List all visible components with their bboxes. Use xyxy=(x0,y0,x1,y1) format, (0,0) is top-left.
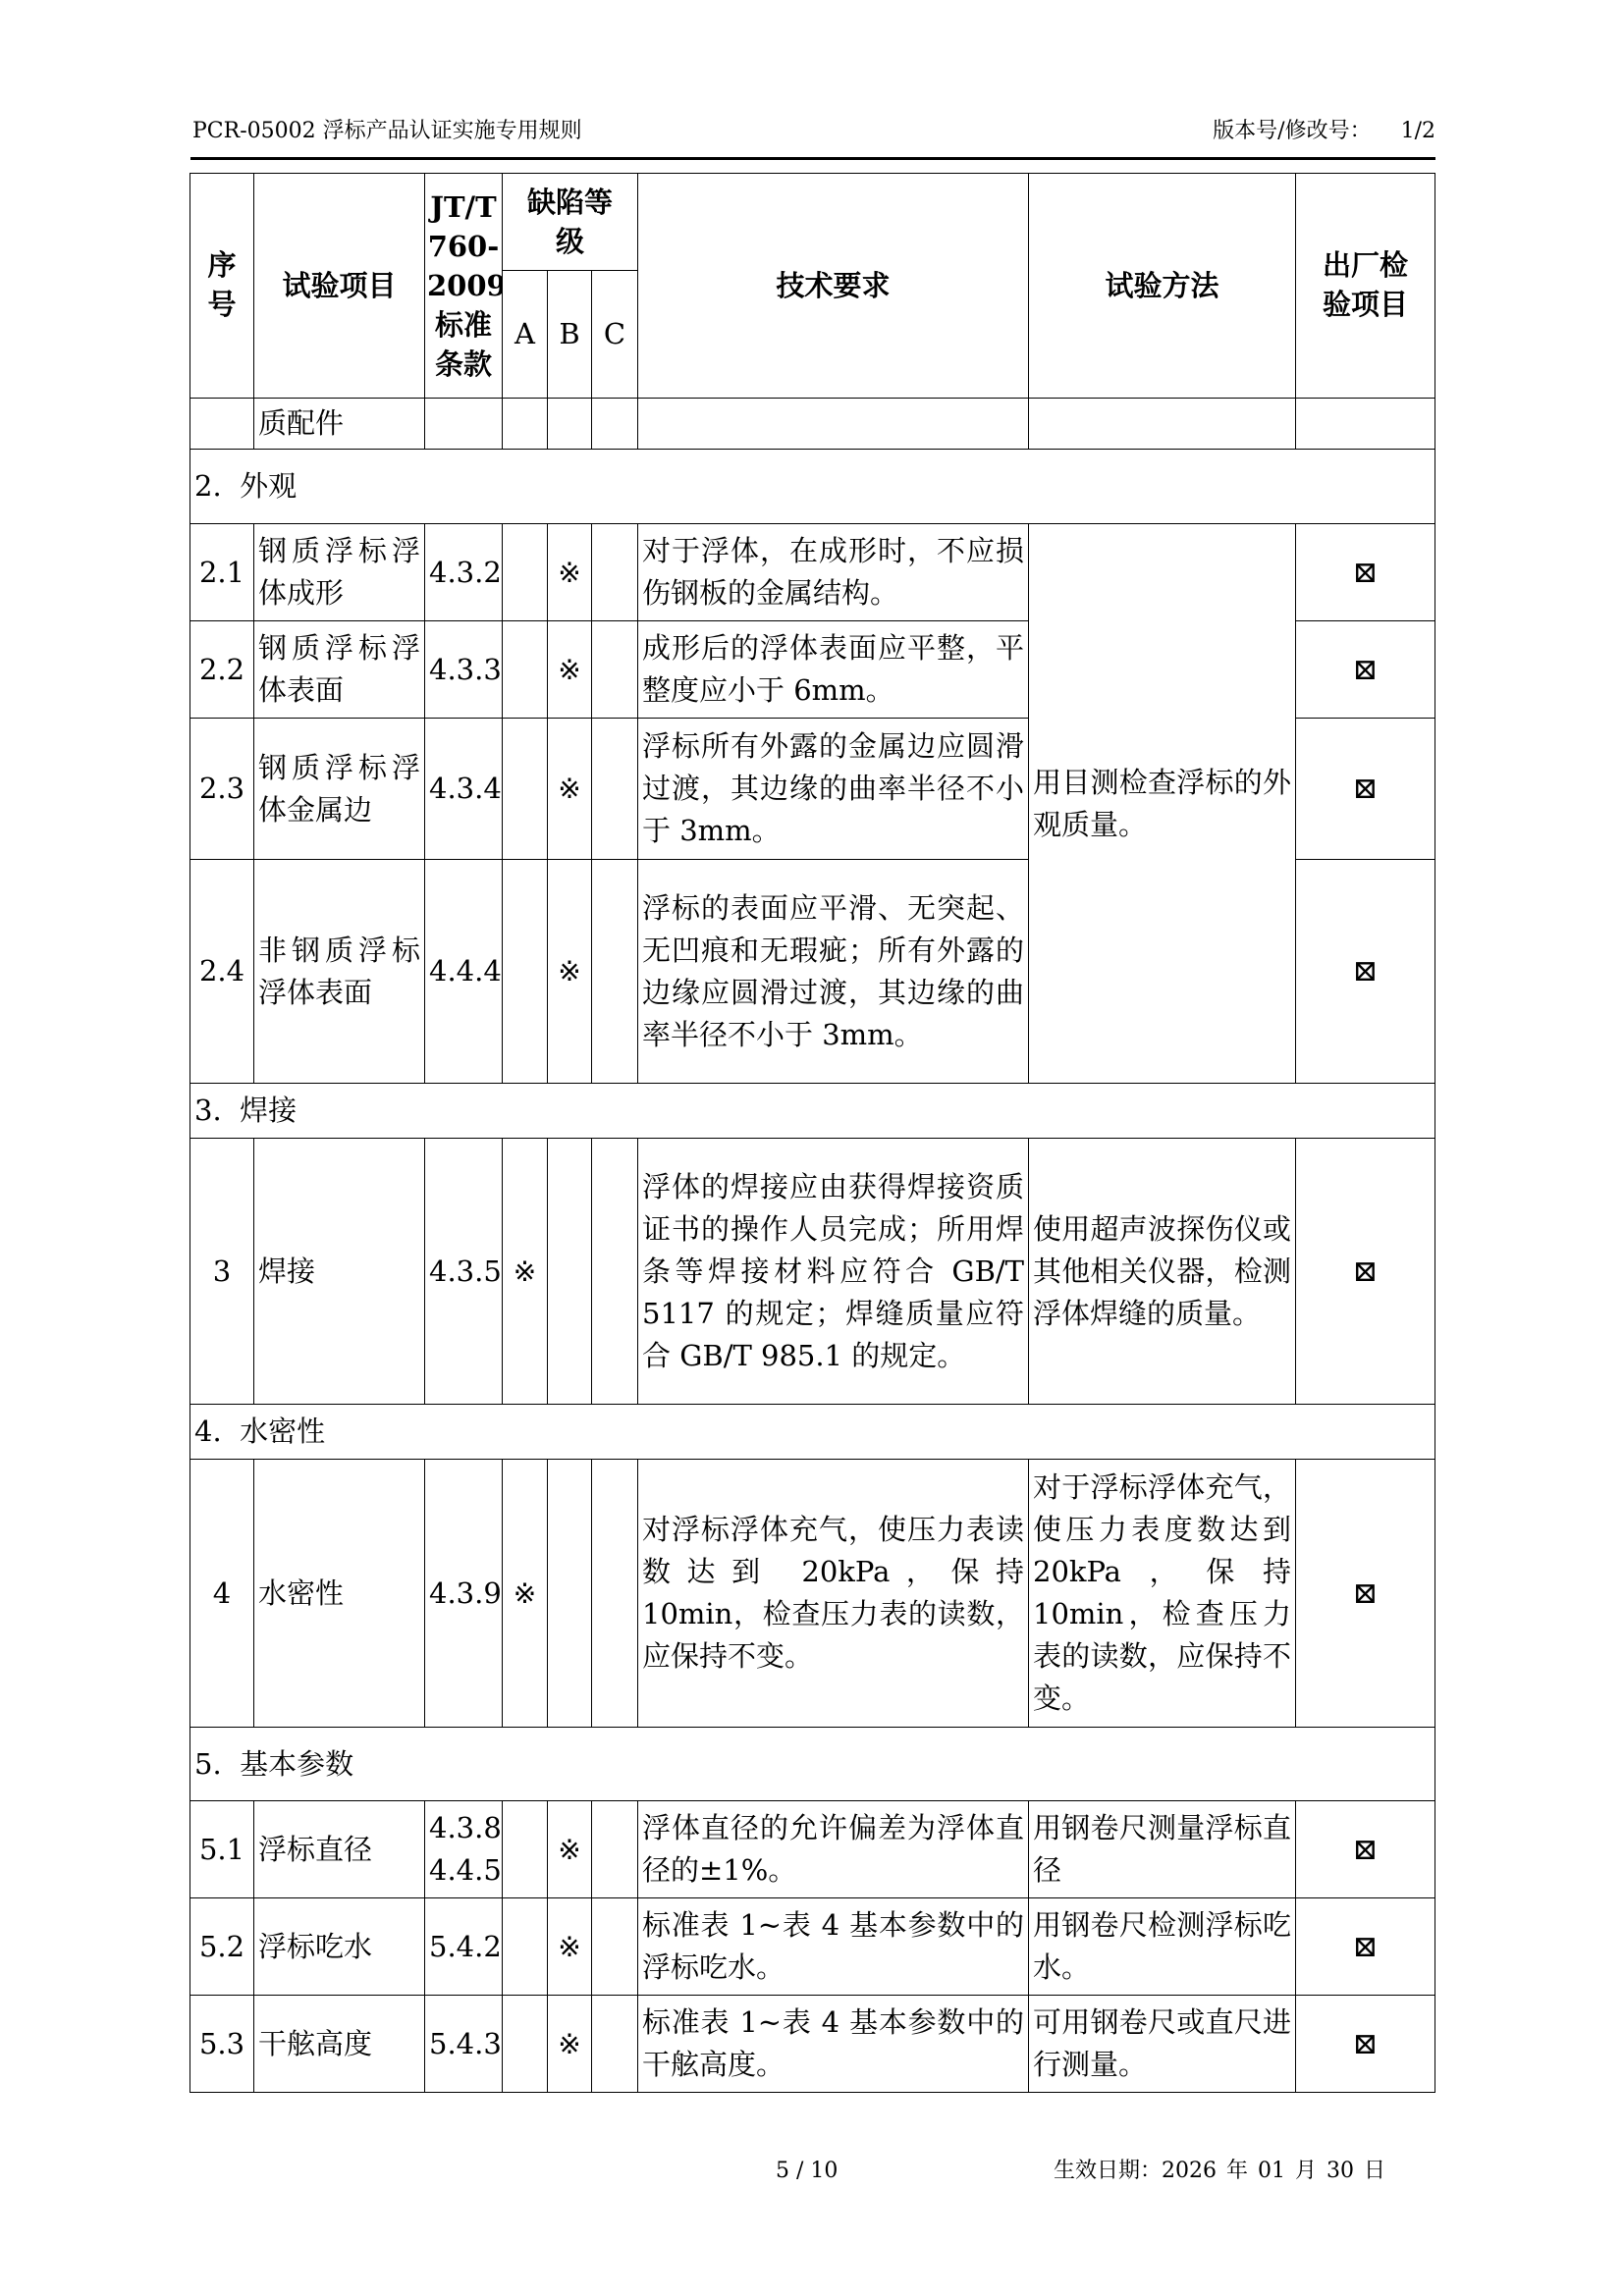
clause-cell: 4.4.4 xyxy=(425,860,503,1084)
defect-mark: ※ xyxy=(548,860,592,1084)
version-label: 版本号/修改号： xyxy=(1213,119,1371,143)
seq-cell: 2.4 xyxy=(190,860,254,1084)
document-title: PCR-05002 浮标产品认证实施专用规则 xyxy=(192,116,582,147)
item-cell: 钢质浮标浮体成形 xyxy=(254,524,425,621)
item-cell: 质配件 xyxy=(254,399,425,450)
col-header-factory-check: 出厂检验项目 xyxy=(1296,174,1435,399)
method-cell: 对于浮标浮体充气，使压力表度数达到 20kPa，保持 10min，检查压力表的读… xyxy=(1029,1460,1296,1728)
table-row: 4 水密性 4.3.9 ※ 对浮标浮体充气，使压力表读数达到 20kPa，保持 … xyxy=(190,1460,1435,1728)
section-title: 5. 基本参数 xyxy=(190,1728,1435,1801)
defect-mark: ※ xyxy=(548,719,592,860)
section-title: 4. 水密性 xyxy=(190,1405,1435,1460)
seq-cell: 3 xyxy=(190,1139,254,1405)
item-cell: 非钢质浮标浮体表面 xyxy=(254,860,425,1084)
method-cell: 用目测检查浮标的外观质量。 xyxy=(1029,524,1296,1084)
method-cell: 用钢卷尺检测浮标吃水。 xyxy=(1029,1898,1296,1996)
item-cell: 钢质浮标浮体表面 xyxy=(254,621,425,719)
section-row-appearance: 2. 外观 xyxy=(190,450,1435,524)
requirement-cell: 浮标的表面应平滑、无突起、无凹痕和无瑕疵；所有外露的边缘应圆滑过渡，其边缘的曲率… xyxy=(638,860,1029,1084)
requirement-cell: 标准表 1~表 4 基本参数中的浮标吃水。 xyxy=(638,1898,1029,1996)
header-divider xyxy=(190,157,1435,160)
defect-mark: ※ xyxy=(548,524,592,621)
requirement-cell: 浮标所有外露的金属边应圆滑过渡，其边缘的曲率半径不小于 3mm。 xyxy=(638,719,1029,860)
col-header-item: 试验项目 xyxy=(254,174,425,399)
table-row: 5.2 浮标吃水 5.4.2 ※ 标准表 1~表 4 基本参数中的浮标吃水。 用… xyxy=(190,1898,1435,1996)
col-header-defect-level: 缺陷等级 xyxy=(503,174,638,271)
method-cell: 使用超声波探伤仪或其他相关仪器，检测浮体焊缝的质量。 xyxy=(1029,1139,1296,1405)
effective-date: 生效日期：2026年01月30日 xyxy=(1054,2156,1395,2187)
table-row: 3 焊接 4.3.5 ※ 浮体的焊接应由获得焊接资质证书的操作人员完成；所用焊条… xyxy=(190,1139,1435,1405)
page-header: PCR-05002 浮标产品认证实施专用规则 版本号/修改号：1/2 xyxy=(192,116,1435,155)
item-cell: 水密性 xyxy=(254,1460,425,1728)
requirement-cell: 浮体的焊接应由获得焊接资质证书的操作人员完成；所用焊条等焊接材料应符合 GB/T… xyxy=(638,1139,1029,1405)
col-header-method: 试验方法 xyxy=(1029,174,1296,399)
clause-cell: 5.4.2 xyxy=(425,1898,503,1996)
seq-cell: 2.2 xyxy=(190,621,254,719)
seq-cell: 5.1 xyxy=(190,1801,254,1898)
requirement-cell: 浮体直径的允许偏差为浮体直径的±1%。 xyxy=(638,1801,1029,1898)
factory-check-icon: ⊠ xyxy=(1296,524,1435,621)
defect-mark: ※ xyxy=(548,621,592,719)
seq-cell: 5.3 xyxy=(190,1996,254,2093)
method-cell: 用钢卷尺测量浮标直径 xyxy=(1029,1801,1296,1898)
defect-mark: ※ xyxy=(548,1801,592,1898)
col-header-level-c: C xyxy=(592,271,638,399)
section-row-basic-parameters: 5. 基本参数 xyxy=(190,1728,1435,1801)
item-cell: 干舷高度 xyxy=(254,1996,425,2093)
col-header-level-a: A xyxy=(503,271,548,399)
factory-check-icon: ⊠ xyxy=(1296,860,1435,1084)
section-row-welding: 3. 焊接 xyxy=(190,1084,1435,1139)
clause-cell: 4.3.3 xyxy=(425,621,503,719)
col-header-clause: JT/T 760- 2009 标准 条款 xyxy=(425,174,503,399)
factory-check-icon: ⊠ xyxy=(1296,719,1435,860)
factory-check-icon: ⊠ xyxy=(1296,1139,1435,1405)
factory-check-icon: ⊠ xyxy=(1296,1801,1435,1898)
clause-cell: 4.3.8 4.4.5 xyxy=(425,1801,503,1898)
item-cell: 焊接 xyxy=(254,1139,425,1405)
table-row: 5.3 干舷高度 5.4.3 ※ 标准表 1~表 4 基本参数中的干舷高度。 可… xyxy=(190,1996,1435,2093)
section-title: 2. 外观 xyxy=(190,450,1435,524)
defect-mark: ※ xyxy=(503,1460,548,1728)
col-header-level-b: B xyxy=(548,271,592,399)
version-info: 版本号/修改号：1/2 xyxy=(1213,116,1435,147)
defect-mark: ※ xyxy=(548,1898,592,1996)
item-cell: 浮标吃水 xyxy=(254,1898,425,1996)
seq-cell: 4 xyxy=(190,1460,254,1728)
defect-mark: ※ xyxy=(548,1996,592,2093)
col-header-seq: 序号 xyxy=(190,174,254,399)
factory-check-icon: ⊠ xyxy=(1296,1460,1435,1728)
factory-check-icon: ⊠ xyxy=(1296,1898,1435,1996)
clause-cell: 5.4.3 xyxy=(425,1996,503,2093)
requirement-cell: 对于浮体，在成形时，不应损伤钢板的金属结构。 xyxy=(638,524,1029,621)
method-cell: 可用钢卷尺或直尺进行测量。 xyxy=(1029,1996,1296,2093)
table-row: 5.1 浮标直径 4.3.8 4.4.5 ※ 浮体直径的允许偏差为浮体直径的±1… xyxy=(190,1801,1435,1898)
table-row-continued: 质配件 xyxy=(190,399,1435,450)
requirement-cell: 标准表 1~表 4 基本参数中的干舷高度。 xyxy=(638,1996,1029,2093)
requirement-cell: 对浮标浮体充气，使压力表读数达到 20kPa，保持 10min，检查压力表的读数… xyxy=(638,1460,1029,1728)
inspection-table: 序号 试验项目 JT/T 760- 2009 标准 条款 缺陷等级 技术要求 试… xyxy=(189,173,1435,2093)
factory-check-icon: ⊠ xyxy=(1296,1996,1435,2093)
clause-cell: 4.3.5 xyxy=(425,1139,503,1405)
item-cell: 浮标直径 xyxy=(254,1801,425,1898)
clause-cell: 4.3.2 xyxy=(425,524,503,621)
factory-check-icon: ⊠ xyxy=(1296,621,1435,719)
col-header-requirement: 技术要求 xyxy=(638,174,1029,399)
seq-cell: 2.3 xyxy=(190,719,254,860)
seq-cell: 5.2 xyxy=(190,1898,254,1996)
clause-cell: 4.3.4 xyxy=(425,719,503,860)
section-title: 3. 焊接 xyxy=(190,1084,1435,1139)
version-value: 1/2 xyxy=(1401,119,1435,143)
clause-cell: 4.3.9 xyxy=(425,1460,503,1728)
defect-mark: ※ xyxy=(503,1139,548,1405)
effective-date-label: 生效日期： xyxy=(1054,2159,1162,2183)
item-cell: 钢质浮标浮体金属边 xyxy=(254,719,425,860)
page-number: 5 / 10 xyxy=(776,2156,838,2187)
table-row: 2.1 钢质浮标浮体成形 4.3.2 ※ 对于浮体，在成形时，不应损伤钢板的金属… xyxy=(190,524,1435,621)
seq-cell: 2.1 xyxy=(190,524,254,621)
requirement-cell: 成形后的浮体表面应平整，平整度应小于 6mm。 xyxy=(638,621,1029,719)
section-row-watertightness: 4. 水密性 xyxy=(190,1405,1435,1460)
